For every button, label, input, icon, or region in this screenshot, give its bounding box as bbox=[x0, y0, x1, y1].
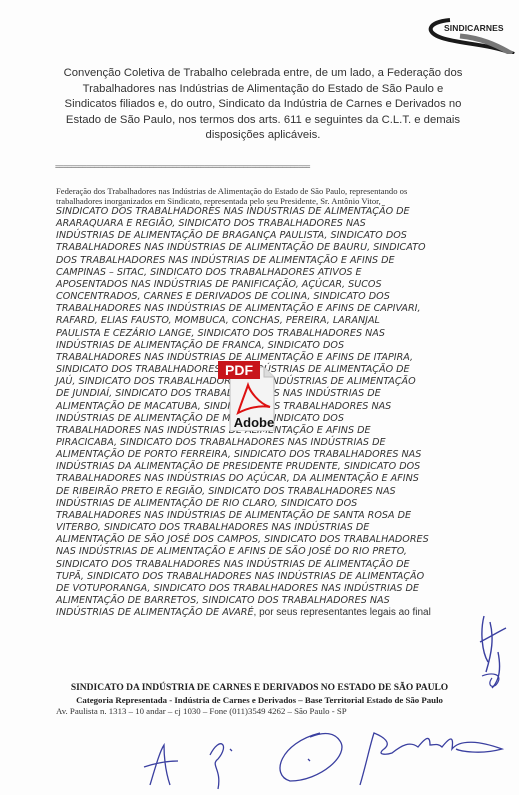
party-line: INDÚSTRIAS DE ALIMENTAÇÃO DE BRAGANÇA PA… bbox=[56, 230, 506, 242]
party-line: SINDICATO DOS TRABALHADORES NAS INDÚSTRI… bbox=[56, 559, 506, 571]
adobe-label: Adobe bbox=[234, 415, 274, 430]
party-line: TRABALHADORES NAS INDÚSTRIAS DE ALIMENTA… bbox=[56, 510, 506, 522]
intro-line: Trabalhadores nas Indústrias de Alimenta… bbox=[56, 82, 470, 98]
party-line: INDÚSTRIAS DE ALIMENTAÇÃO DE RIO CLARO, … bbox=[56, 498, 506, 510]
pdf-adobe-icon[interactable]: PDF Adobe bbox=[218, 361, 278, 431]
party-line: APOSENTADOS NAS INDÚSTRIAS DE PANIFICAÇÃ… bbox=[56, 279, 506, 291]
party-line-final: INDÚSTRIAS DE ALIMENTAÇÃO DE AVARÉ, por … bbox=[56, 607, 506, 619]
federation-paragraph: Federação dos Trabalhadores nas Indústri… bbox=[56, 186, 506, 206]
parties-paragraph: SINDICATO DOS TRABALHADORES NAS INDÚSTRI… bbox=[56, 206, 506, 619]
party-line: ALIMENTAÇÃO DE MACATUBA, SINDICATO DOS T… bbox=[56, 401, 506, 413]
party-line: DE RIBEIRÃO PRETO E REGIÃO, SINDICATO DO… bbox=[56, 486, 506, 498]
party-line: PIRACICABA, SINDICATO DOS TRABALHADORES … bbox=[56, 437, 506, 449]
party-line: TRABALHADORES NAS INDÚSTRIAS DE ALIMENTA… bbox=[56, 242, 506, 254]
party-line: TUPÃ, SINDICATO DOS TRABALHADORES NAS IN… bbox=[56, 571, 506, 583]
party-line: ALIMENTAÇÃO DE PORTO FERREIRA, SINDICATO… bbox=[56, 449, 506, 461]
party-line: JAÚ, SINDICATO DOS TRABALHADORES NAS IND… bbox=[56, 376, 506, 388]
party-line: DE VOTUPORANGA, SINDICATO DOS TRABALHADO… bbox=[56, 583, 506, 595]
party-line: VITERBO, SINDICATO DOS TRABALHADORES NAS… bbox=[56, 522, 506, 534]
party-line: ARARAQUARA E REGIÃO, SINDICATO DOS TRABA… bbox=[56, 218, 506, 230]
federation-line: trabalhadores inorganizados em Sindicato… bbox=[56, 196, 506, 206]
party-line: TRABALHADORES NAS INDÚSTRIAS DE ALIMENTA… bbox=[56, 352, 506, 364]
intro-line: Estado de São Paulo, nos termos dos arts… bbox=[56, 113, 470, 129]
signatures bbox=[130, 715, 510, 795]
footer-category: Categoria Representada - Indústria de Ca… bbox=[0, 695, 519, 705]
intro-line: Convenção Coletiva de Trabalho celebrada… bbox=[56, 66, 470, 82]
party-line: SINDICATO DOS TRABALHADORES NAS INDÚSTRI… bbox=[56, 206, 506, 218]
party-line: CONCENTRADOS, CARNES E DERIVADOS DE COLI… bbox=[56, 291, 506, 303]
signature-initials-right bbox=[478, 612, 508, 692]
party-line: ALIMENTAÇÃO DE SÃO JOSÉ DOS CAMPOS, SIND… bbox=[56, 534, 506, 546]
party-line: SINDICATO DOS TRABALHADORES NAS INDÚSTRI… bbox=[56, 364, 506, 376]
intro-line: Sindicatos filiados e, do outro, Sindica… bbox=[56, 97, 470, 113]
party-line: TRABALHADORES NAS INDÚSTRIAS DO AÇÚCAR, … bbox=[56, 473, 506, 485]
logo-text: SINDICARNES bbox=[444, 23, 504, 33]
intro-line: disposições aplicáveis. bbox=[56, 128, 470, 144]
party-avare: INDÚSTRIAS DE ALIMENTAÇÃO DE AVARÉ bbox=[56, 607, 254, 618]
party-line: NAS INDÚSTRIAS DE ALIMENTAÇÃO E AFINS DE… bbox=[56, 546, 506, 558]
federation-line: Federação dos Trabalhadores nas Indústri… bbox=[56, 186, 506, 196]
party-line: RAFARD, ELIAS FAUSTO, MOMBUCA, CONCHAS, … bbox=[56, 315, 506, 327]
party-line: DOS TRABALHADORES NAS INDÚSTRIAS DE ALIM… bbox=[56, 255, 506, 267]
party-line: INDÚSTRIAS DA ALIMENTAÇÃO DE PRESIDENTE … bbox=[56, 461, 506, 473]
party-line: CAMPINAS – SITAC, SINDICATO DOS TRABALHA… bbox=[56, 267, 506, 279]
party-tail-text: , por seus representantes legais ao fina… bbox=[254, 607, 431, 618]
party-line: TRABALHADORES NAS INDÚSTRIAS DE ALIMENTA… bbox=[56, 303, 506, 315]
party-line: DE JUNDIAÍ, SINDICATO DOS TRABALHADORES … bbox=[56, 388, 506, 400]
party-line: INDÚSTRIAS DE ALIMENTAÇÃO DE FRANCA, SIN… bbox=[56, 340, 506, 352]
party-line: INDÚSTRIAS DE ALIMENTAÇÃO DE MARÍLIA, SI… bbox=[56, 413, 506, 425]
footer-org-name: SINDICATO DA INDÚSTRIA DE CARNES E DERIV… bbox=[0, 683, 519, 693]
party-line: PAULISTA E CEZÁRIO LANGE, SINDICATO DOS … bbox=[56, 328, 506, 340]
sindicarnes-logo-swoosh bbox=[420, 14, 519, 54]
separator-line: ========================================… bbox=[55, 164, 465, 170]
document-intro: Convenção Coletiva de Trabalho celebrada… bbox=[56, 66, 470, 144]
party-line: ALIMENTAÇÃO DE BARRETOS, SINDICATO DOS T… bbox=[56, 595, 506, 607]
pdf-label: PDF bbox=[225, 362, 253, 378]
party-line: TRABALHADORES NAS INDÚSTRIAS DE ALIMENTA… bbox=[56, 425, 506, 437]
